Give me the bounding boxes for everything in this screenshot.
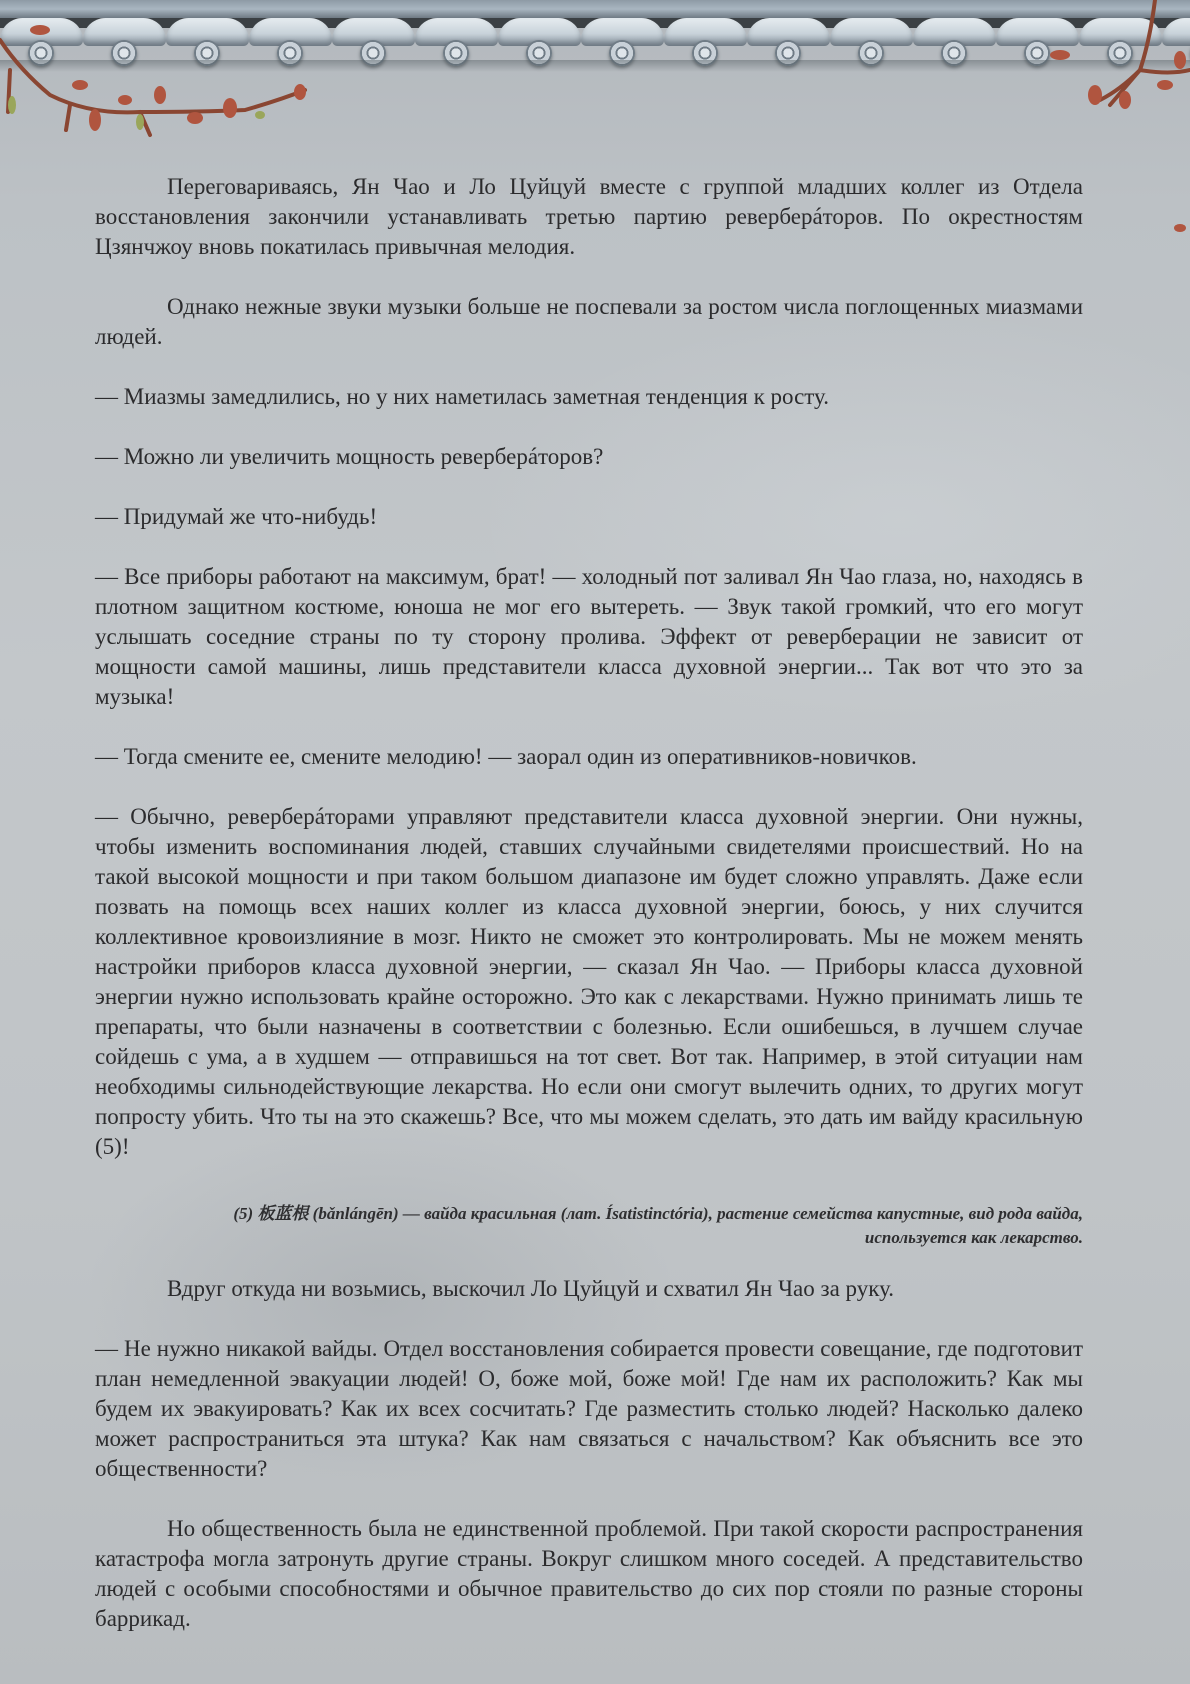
paragraph-dialogue: — Все приборы работают на максимум, брат… [95, 562, 1083, 712]
paragraph-dialogue: — Миазмы замедлились, но у них наметилас… [95, 382, 1083, 412]
paragraph-dialogue: — Не нужно никакой вайды. Отдел восстано… [95, 1334, 1083, 1484]
paragraph-narration: Однако нежные звуки музыки больше не пос… [95, 292, 1083, 352]
paragraph-dialogue: — Тогда смените ее, смените мелодию! — з… [95, 742, 1083, 772]
paragraph-dialogue: — Придумай же что-нибудь! [95, 502, 1083, 532]
paragraph-narration: Но общественность была не единственной п… [95, 1514, 1083, 1634]
footnote: (5) 板蓝根 (bǎnlángēn) — вайда красильная (… [95, 1202, 1083, 1250]
paragraph-dialogue: — Можно ли увеличить мощность реверберáт… [95, 442, 1083, 472]
paragraph-narration: Вдруг откуда ни возьмись, выскочил Ло Цу… [95, 1274, 1083, 1304]
roof-tiles-header [0, 0, 1190, 80]
paragraph-narration: Переговариваясь, Ян Чао и Ло Цуйцуй вмес… [95, 172, 1083, 262]
page-body: Переговариваясь, Ян Чао и Ло Цуйцуй вмес… [95, 172, 1083, 1634]
paragraph-dialogue: — Обычно, реверберáторами управляют пред… [95, 802, 1083, 1162]
